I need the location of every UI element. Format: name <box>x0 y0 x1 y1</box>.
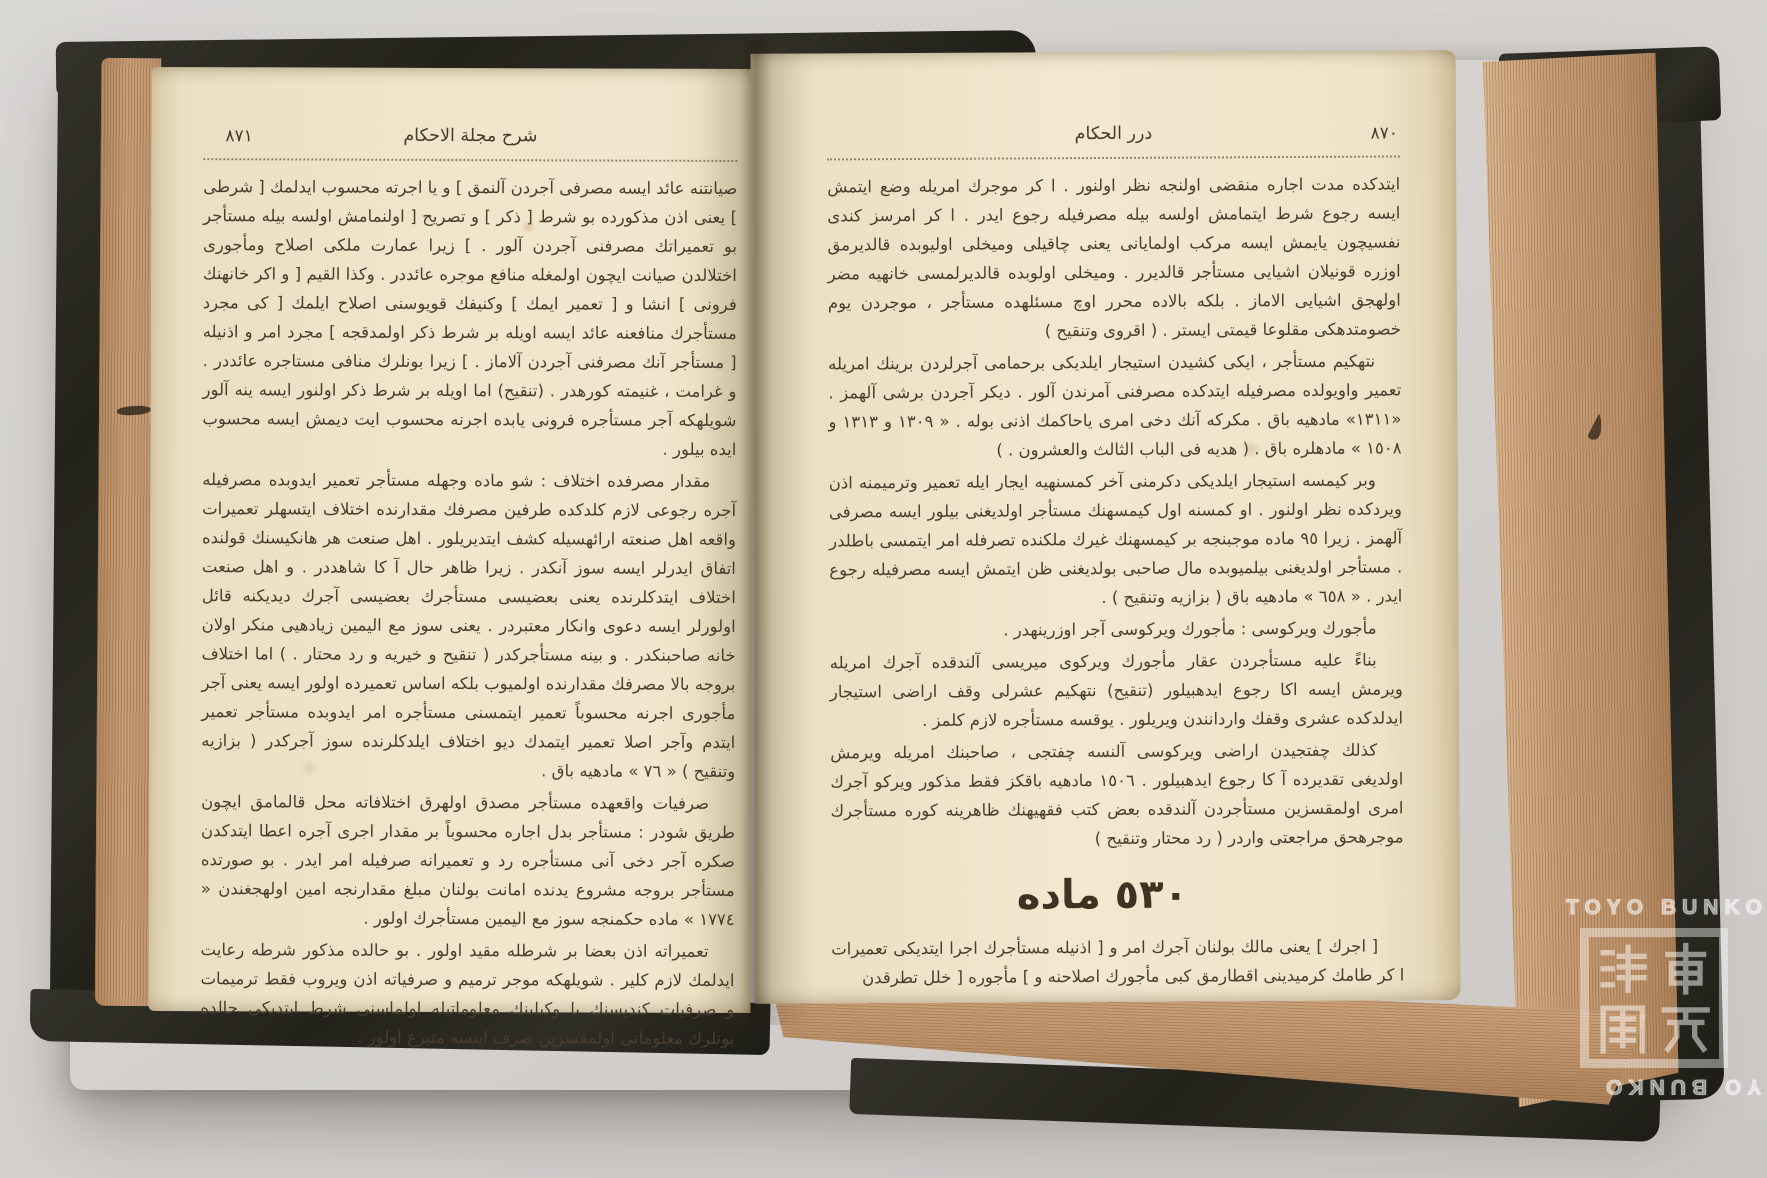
right-page-content: ٨٧٠ درر الحكام ايتدكده مدت اجاره منقضى ا… <box>827 122 1405 992</box>
left-page: ٨٧١ شرح مجلة الاحكام صيانتنه عائد ايسه م… <box>148 67 753 1013</box>
paragraph: مأجورك ويركوسى : مأجورك ويركوسى آجر اوزر… <box>829 613 1402 645</box>
paragraph: صيانتنه عائد ايسه مصرفى آجردن آلنمق ] و … <box>202 172 737 464</box>
right-page-number: ٨٧٠ <box>1370 123 1398 143</box>
right-page-header: ٨٧٠ درر الحكام <box>827 122 1400 151</box>
paragraph: وبر كيمسه استيجار ايلديكى دكرمنى آخر كمس… <box>829 465 1403 613</box>
paragraph: مقدار مصرفده اختلاف : شو ماده وجهله مستأ… <box>201 465 736 786</box>
right-page: ٨٧٠ درر الحكام ايتدكده مدت اجاره منقضى ا… <box>751 50 1461 1004</box>
right-page-text-after-heading: [ اجرك ] يعنى مالك بولنان آجرك امر و [ ا… <box>831 931 1404 992</box>
left-page-number: ٨٧١ <box>225 126 252 146</box>
paragraph: [ اجرك ] يعنى مالك بولنان آجرك امر و [ ا… <box>831 931 1404 992</box>
header-dotted-rule <box>203 158 737 162</box>
photo-of-open-book: ٨٧١ شرح مجلة الاحكام صيانتنه عائد ايسه م… <box>0 0 1767 1178</box>
article-530-heading: ٥٣٠ ماده <box>831 868 1374 923</box>
ink-smudge <box>1585 410 1602 440</box>
left-running-title: شرح مجلة الاحكام <box>403 126 537 146</box>
paragraph: بناءً عليه مستأجردن عقار مأجورك ويركوى م… <box>830 645 1403 735</box>
paragraph: ايتدكده مدت اجاره منقضى اولنجه نظر اولنو… <box>827 169 1401 346</box>
paragraph: كذلك چفتجيدن اراضى ويركوسى آلنسه چفتجى ،… <box>830 735 1404 854</box>
left-page-text: صيانتنه عائد ايسه مصرفى آجردن آلنمق ] و … <box>200 172 737 1053</box>
left-page-header: ٨٧١ شرح مجلة الاحكام <box>203 125 737 153</box>
ink-smudge <box>117 405 151 416</box>
header-dotted-rule <box>827 155 1400 160</box>
paragraph: تعميراته اذن بعضا بر شرطله مقيد اولور . … <box>200 935 734 1053</box>
left-page-content: ٨٧١ شرح مجلة الاحكام صيانتنه عائد ايسه م… <box>200 125 737 1053</box>
paragraph: نتهكيم مستأجر ، ايكى كشيدن استيجار ايلدي… <box>828 346 1402 465</box>
right-page-text: ايتدكده مدت اجاره منقضى اولنجه نظر اولنو… <box>827 169 1404 854</box>
paragraph: صرفيات واقعهده مستأجر مصدق اولهرق اختلاف… <box>201 787 736 934</box>
right-running-title: درر الحكام <box>1075 124 1153 144</box>
